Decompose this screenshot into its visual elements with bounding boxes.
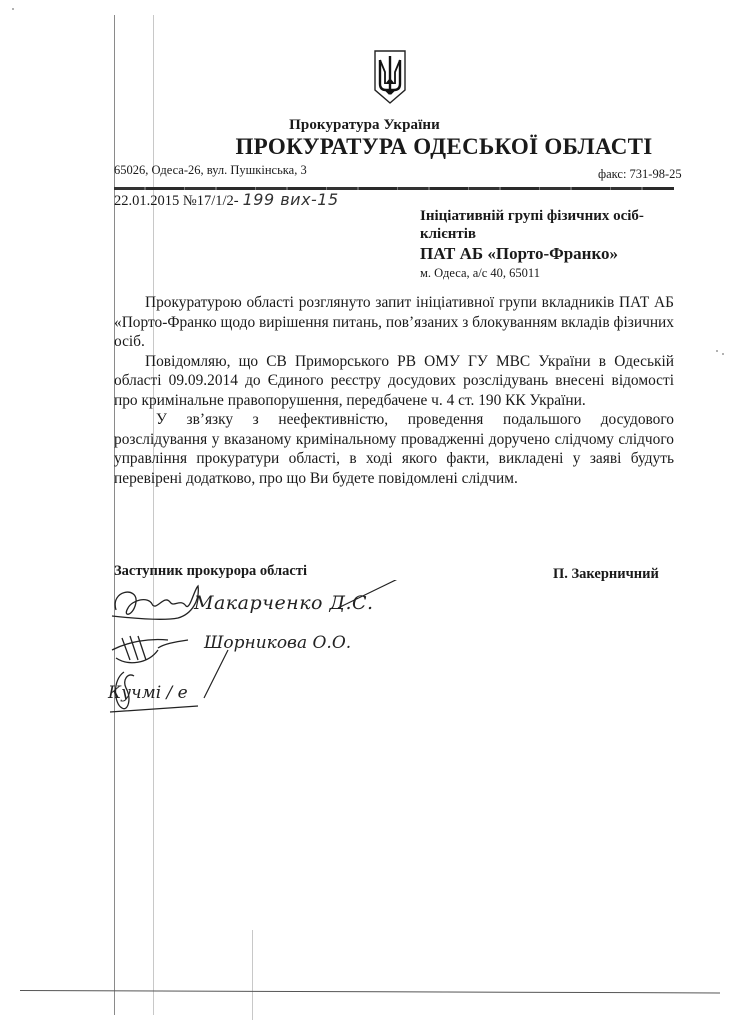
recipient-org: ПАТ АБ «Порто-Франко» [420,243,710,264]
recipient-block: Ініціативній групі фізичних осіб- клієнт… [420,207,710,281]
scan-speck [716,350,718,352]
signatory-title: Заступник прокурора області [114,563,307,580]
letter-page: Прокуратура України ПРОКУРАТУРА ОДЕСЬКОЇ… [0,0,729,1030]
recipient-line-2: клієнтів [420,225,710,243]
scan-speck [722,353,724,355]
approval-signature-2: Шорникова О.О. [204,633,351,653]
letter-body: Прокуратурою області розглянуто запит ін… [114,293,674,488]
signatory-name: П. Закерничний [553,566,659,583]
body-paragraph: У зв’язку з неефективністю, проведення п… [114,410,674,488]
approval-signature-1: Макарченко Д.С. [194,592,374,614]
outgoing-reference: 22.01.2015 №17/1/2-199 вих-15 [114,190,339,210]
scan-speck [12,8,14,10]
body-paragraph: Повідомляю, що СВ Приморського РВ ОМУ ГУ… [114,352,674,411]
approval-signature-3: Кучмі / е [108,683,188,703]
org-fax: факс: 731-98-25 [598,167,682,182]
approval-signatures: Макарченко Д.С. Шорникова О.О. Кучмі / е [108,580,428,720]
org-subtitle: Прокуратура України [0,117,729,134]
org-address: 65026, Одеса-26, вул. Пушкінська, 3 [114,163,307,178]
outgoing-handwritten: 199 вих-15 [243,190,339,209]
scan-fold-line [252,930,253,1020]
trident-coat-of-arms-icon [374,50,406,104]
scan-bottom-line [20,990,720,993]
outgoing-printed: 22.01.2015 №17/1/2- [114,193,239,209]
recipient-line-1: Ініціативній групі фізичних осіб- [420,207,710,225]
body-paragraph: Прокуратурою області розглянуто запит ін… [114,293,674,352]
org-title: ПРОКУРАТУРА ОДЕСЬКОЇ ОБЛАСТІ [118,134,708,160]
recipient-address: м. Одеса, а/с 40, 65011 [420,265,710,281]
